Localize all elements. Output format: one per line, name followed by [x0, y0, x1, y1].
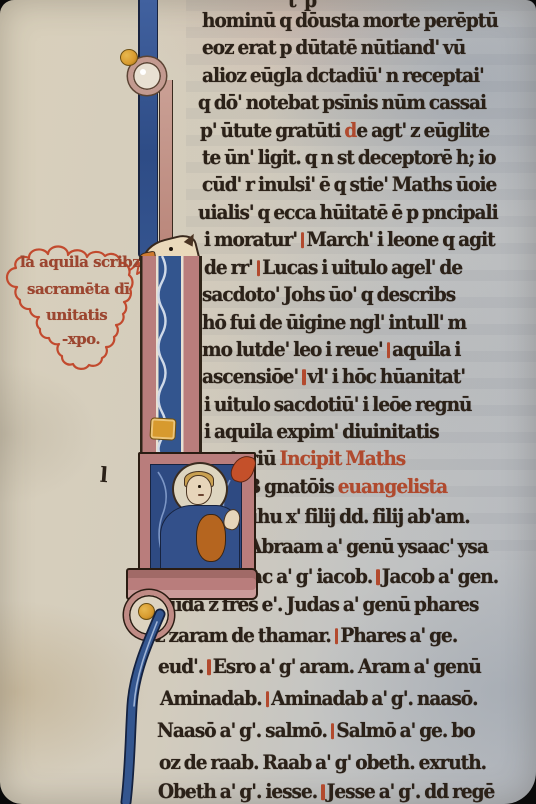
gothic-text: Naasō a' g'. salmō.: [157, 720, 331, 742]
gothic-text: p' ūtute gratūti: [200, 120, 344, 142]
red-stroke-mark: [335, 628, 339, 644]
text-line: ihu x' filij dd. filij ab'am.: [251, 504, 470, 532]
margin-note-line: -xpo.: [62, 330, 100, 348]
gothic-text: hō fui de ūigine ngl' intull' m: [202, 312, 466, 334]
gothic-text: Jesse a' g'. dd regē: [327, 781, 495, 803]
gothic-text: vl' i hōc hūanitat': [308, 366, 465, 388]
gothic-text: Jacob a' gen.: [382, 566, 498, 588]
gothic-text: Esro a' g' aram. Aram a' genū: [213, 656, 481, 678]
margin-note-line: unitatis: [46, 306, 107, 324]
red-stroke-mark: [301, 232, 305, 248]
gothic-text: Abraam a' genū ysaac' ysa: [248, 536, 488, 558]
text-line: mo lutde' leo i reue' aquila i: [202, 337, 460, 365]
gothic-text: i uitulo sacdotiū' i leōe regnū: [204, 394, 472, 416]
gothic-text: ascensiōe': [202, 366, 302, 388]
red-stroke-mark: [387, 342, 391, 358]
gold-ball-icon: [120, 49, 138, 66]
gothic-text: i moratur': [204, 229, 301, 251]
gold-knot-icon: [149, 417, 176, 440]
initial-top-flourish: [138, 0, 158, 258]
margin-note-line: sacramēta dī: [27, 280, 129, 298]
gothic-text: te ūn' ligit. q n st deceptorē h; io: [202, 147, 495, 169]
gothic-text: Obeth a' g'. iesse.: [158, 781, 321, 803]
gothic-text: aquila i: [392, 339, 460, 361]
text-line: alioz eūgla dctadiū' n receptai': [202, 63, 484, 91]
text-line: B gnatōis euangelista: [240, 474, 447, 502]
red-stroke-mark: [331, 723, 335, 739]
gothic-text: Lucas i uitulo agel' de: [262, 257, 462, 279]
figure-mouth-icon: [198, 494, 204, 496]
text-line: ascensiōe' vl' i hōc hūanitat': [202, 364, 465, 392]
gothic-text: Aminadab a' g'. naasō.: [271, 688, 477, 710]
text-line: i aquila expim' diuinitatis: [204, 419, 439, 447]
text-line: Naasō a' g'. salmō. Salmō a' ge. bo: [157, 718, 475, 746]
beast-eye-icon: [169, 247, 173, 251]
gothic-text: hominū q dōusta morte perēptū: [202, 10, 498, 32]
gothic-text: i aquila expim' diuinitatis: [204, 421, 439, 443]
gothic-text: cūd' r inulsi' ē q stie' Maths ūoie: [202, 174, 496, 196]
gothic-text: ihu x' filij dd. filij ab'am.: [251, 506, 470, 528]
red-stroke-mark: [302, 369, 306, 385]
gothic-text: uialis' q ecca hūitatē ē p pncipali: [198, 202, 498, 224]
figure-eye-icon: [198, 485, 201, 488]
gothic-text: B gnatōis: [246, 476, 338, 498]
text-line: hominū q dōusta morte perēptū: [202, 8, 498, 36]
gothic-text: alioz eūgla dctadiū' n receptai': [202, 65, 484, 87]
text-line: de rr' Lucas i uitulo agel' de: [204, 255, 462, 283]
text-line: Abraam a' genū ysaac' ysa: [248, 534, 488, 562]
text-line: Aminadab. Aminadab a' g'. naasō.: [160, 686, 478, 714]
margin-note-line: la aquila scribz: [20, 253, 140, 271]
gothic-text: oz de raab. Raab a' g' obeth. exruth.: [159, 752, 486, 774]
initial-descender-tail: [108, 588, 178, 804]
gothic-text: Phares a' ge.: [340, 625, 457, 647]
text-line: Obeth a' g'. iesse. Jesse a' g'. dd regē: [158, 779, 494, 804]
gothic-text: sacdoto' Johs ūo' q describs: [202, 284, 455, 306]
text-line: eoz erat p dūtatē nūtiand' vū: [202, 35, 465, 63]
text-line: ac a' g' iacob. Jacob a' gen.: [251, 564, 498, 592]
rubric-text: Incipit Maths: [279, 448, 405, 470]
text-line: oz de raab. Raab a' g' obeth. exruth.: [159, 750, 486, 778]
initial-top-flourish-pink: [159, 80, 173, 258]
gothic-text: q dō' notebat psīnis nūm cassai: [198, 92, 486, 114]
gothic-text: z zaram de thamar.: [155, 625, 335, 647]
gothic-text: e agt' z eūglite: [356, 120, 489, 142]
red-stroke-mark: [321, 784, 325, 800]
text-line: uialis' q ecca hūitatē ē p pncipali: [198, 200, 498, 228]
red-stroke-mark: [376, 569, 380, 585]
text-line: z zaram de thamar. Phares a' ge.: [155, 623, 457, 651]
text-line: p' ūtute gratūti de agt' z eūglite: [200, 118, 489, 146]
manuscript-photo: t' p'hominū q dōusta morte perēptūeoz er…: [0, 0, 536, 804]
text-line: i uitulo sacdotiū' i leōe regnū: [204, 392, 472, 420]
gothic-text: de rr': [204, 257, 257, 279]
parchment-page: t' p'hominū q dōusta morte perēptūeoz er…: [0, 0, 536, 804]
rubric-text: euangelista: [338, 476, 447, 498]
rubric-text: d: [344, 120, 356, 142]
red-stroke-mark: [266, 691, 270, 707]
text-line: te ūn' ligit. q n st deceptorē h; io: [202, 145, 495, 173]
text-line: q dō' notebat psīnis nūm cassai: [198, 90, 486, 118]
gothic-text: mo lutde' leo i reue': [202, 339, 387, 361]
flourish-curl-dot: [140, 69, 146, 75]
margin-mark: l: [99, 462, 109, 487]
gothic-text: eoz erat p dūtatē nūtiand' vū: [202, 37, 465, 59]
gothic-text: ac a' g' iacob.: [251, 566, 376, 588]
red-stroke-mark: [257, 260, 261, 276]
gothic-text: March' i leone q agit: [306, 229, 494, 251]
red-stroke-mark: [207, 659, 211, 675]
gothic-text: Salmō a' ge. bo: [336, 720, 474, 742]
text-line: cūd' r inulsi' ē q stie' Maths ūoie: [202, 172, 496, 200]
text-line: hō fui de ūigine ngl' intull' m: [202, 310, 466, 338]
figure-tunic: [196, 514, 226, 562]
text-line: i moratur' March' i leone q agit: [204, 227, 495, 255]
text-line: sacdoto' Johs ūo' q describs: [202, 282, 455, 310]
text-line: eud'. Esro a' g' aram. Aram a' genū: [158, 654, 481, 682]
